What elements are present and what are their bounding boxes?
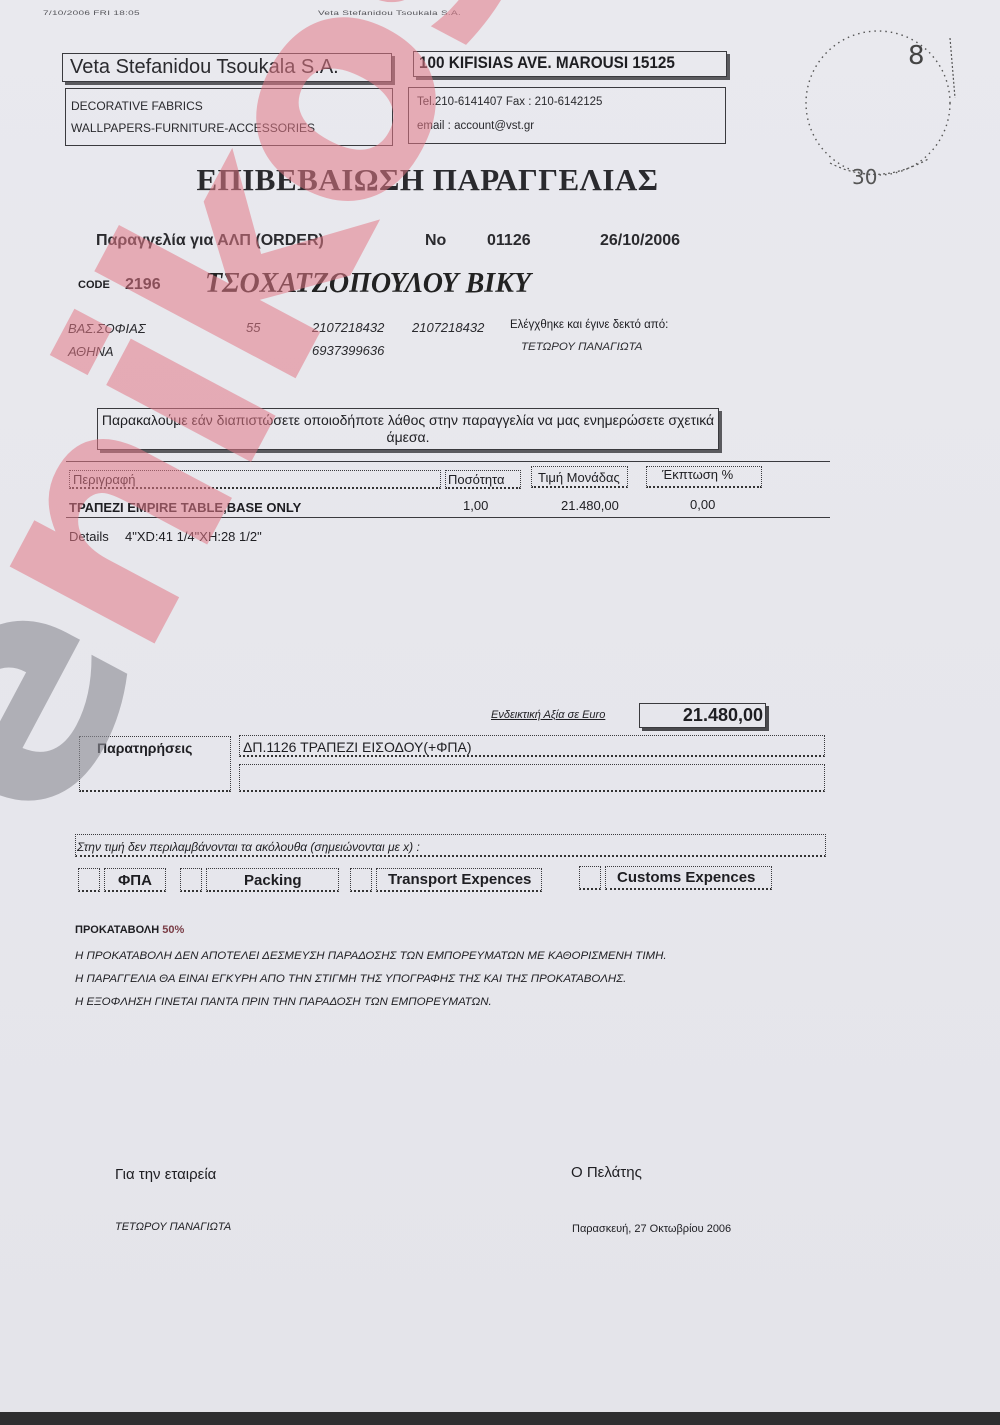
- column-header-quantity: Ποσότητα: [448, 472, 505, 487]
- checked-by-label: Ελέγχθηκε και έγινε δεκτό από:: [510, 319, 668, 331]
- fax-timestamp: 7/10/2006 FRI 18:05: [43, 10, 140, 17]
- prepayment: ΠΡΟΚΑΤΑΒΟΛΗ 50%: [75, 924, 184, 936]
- total-value: 21.480,00: [639, 705, 763, 726]
- option-transport-label: Transport Expences: [388, 871, 531, 888]
- details-label: Details: [69, 529, 109, 544]
- term-line: Η ΠΑΡΑΓΓΕΛΙΑ ΘΑ ΕΙΝΑΙ ΕΓΚΥΡΗ ΑΠΟ ΤΗΝ ΣΤΙ…: [75, 973, 626, 985]
- company-name: Veta Stefanidou Tsoukala S.A.: [70, 56, 339, 79]
- item-quantity: 1,00: [463, 498, 488, 513]
- checked-by-name: ΤΕΤΩΡΟΥ ΠΑΝΑΓΙΩΤΑ: [521, 341, 642, 353]
- option-vat-label: ΦΠΑ: [118, 872, 152, 889]
- customer-street-number: 55: [246, 320, 260, 335]
- fax-sender: Veta Stefanidou Tsoukala S.A.: [318, 10, 461, 17]
- exclusions-text: Στην τιμή δεν περιλαμβάνονται τα ακόλουθ…: [77, 840, 420, 854]
- customer-name: ΤΣΟΧΑΤΖΟΠΟΥΛΟΥ ΒΙΚΥ: [205, 268, 531, 300]
- total-label: Ενδεικτική Αξία σε Euro: [491, 709, 605, 721]
- table-bottom-rule: [66, 517, 830, 518]
- term-line: Η ΕΞΟΦΛΗΣΗ ΓΙΝΕΤΑΙ ΠΑΝΤΑ ΠΡΙΝ ΤΗΝ ΠΑΡΑΔΟ…: [75, 996, 492, 1008]
- order-date: 26/10/2006: [600, 232, 680, 250]
- customs-checkbox[interactable]: [579, 866, 601, 890]
- item-details: 4"XD:41 1/4"XH:28 1/2": [125, 529, 262, 544]
- prepayment-label: ΠΡΟΚΑΤΑΒΟΛΗ: [75, 924, 159, 936]
- remarks-line-2-field[interactable]: [239, 764, 825, 792]
- transport-checkbox[interactable]: [350, 868, 372, 892]
- customer-code: 2196: [125, 276, 161, 294]
- column-header-description: Περιγραφή: [73, 472, 136, 487]
- signature-date: Παρασκευή, 27 Οκτωβρίου 2006: [572, 1223, 731, 1235]
- remarks-label: Παρατηρήσεις: [97, 740, 192, 756]
- order-no-label: No: [425, 232, 446, 250]
- activities-box: [65, 88, 393, 146]
- order-number: 01126: [487, 232, 531, 250]
- company-address: 100 KIFISIAS AVE. MAROUSI 15125: [419, 53, 675, 73]
- column-header-unit-price: Τιμή Μονάδας: [538, 470, 620, 485]
- company-email[interactable]: email : account@vst.gr: [417, 120, 534, 132]
- column-header-discount: Έκπτωση %: [662, 467, 733, 482]
- code-label: CODE: [78, 279, 110, 291]
- document-page: 7/10/2006 FRI 18:05 Veta Stefanidou Tsou…: [0, 0, 1000, 1425]
- customer-signature-label: Ο Πελάτης: [571, 1164, 642, 1181]
- remarks-line-1: ΔΠ.1126 ΤΡΑΠΕΖΙ ΕΙΣΟΔΟΥ(+ΦΠΑ): [243, 739, 472, 755]
- activity-line: WALLPAPERS-FURNITURE-ACCESSORIES: [71, 121, 315, 135]
- svg-text:30: 30: [852, 165, 877, 188]
- svg-text:8: 8: [908, 41, 925, 71]
- table-top-rule: [66, 461, 830, 462]
- order-label: Παραγγελία για ΑΛΠ (ORDER): [96, 232, 324, 250]
- customer-phone-2: 2107218432: [412, 320, 484, 335]
- scan-edge: [0, 1412, 1000, 1425]
- term-line: Η ΠΡΟΚΑΤΑΒΟΛΗ ΔΕΝ ΑΠΟΤΕΛΕΙ ΔΕΣΜΕΥΣΗ ΠΑΡΑ…: [75, 950, 667, 962]
- option-customs-label: Customs Expences: [617, 869, 755, 886]
- customer-mobile: 6937399636: [312, 343, 384, 358]
- option-packing-label: Packing: [244, 872, 302, 889]
- item-unit-price: 21.480,00: [561, 498, 619, 513]
- company-signer: ΤΕΤΩΡΟΥ ΠΑΝΑΓΙΩΤΑ: [115, 1221, 231, 1233]
- customer-city: ΑΘΗΝΑ: [68, 344, 114, 359]
- customer-phone-1: 2107218432: [312, 320, 384, 335]
- customer-street: ΒΑΣ.ΣΟΦΙΑΣ: [68, 321, 146, 336]
- phone-fax: Tel.210-6141407 Fax : 210-6142125: [417, 96, 602, 108]
- error-notice: Παρακαλούμε εάν διαπιστώσετε οποιοδήποτε…: [97, 412, 719, 446]
- vat-checkbox[interactable]: [78, 868, 100, 892]
- item-description: ΤΡΑΠΕΖΙ EMPIRE TABLE,BASE ONLY: [69, 500, 301, 515]
- activity-line: DECORATIVE FABRICS: [71, 99, 203, 113]
- prepayment-percent: 50%: [162, 924, 184, 936]
- item-discount: 0,00: [690, 497, 715, 512]
- packing-checkbox[interactable]: [180, 868, 202, 892]
- company-signature-label: Για την εταιρεία: [115, 1166, 216, 1183]
- document-title: ΕΠΙΒΕΒΑΙΩΣΗ ΠΑΡΑΓΓΕΛΙΑΣ: [0, 162, 855, 198]
